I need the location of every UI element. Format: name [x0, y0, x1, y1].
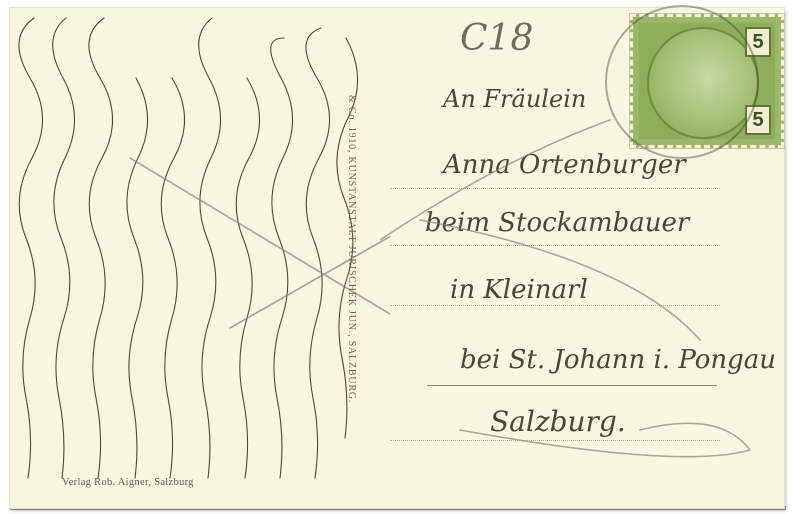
message-area	[10, 8, 390, 508]
publisher-imprint: Verlag Rob. Aigner, Salzburg	[62, 477, 194, 488]
postage-due-mark: C18	[460, 18, 533, 59]
pencil-strike-lines	[380, 100, 770, 480]
postmark-cancel	[605, 5, 759, 159]
printer-imprint: & Co. 1910, KUNSTANSTALT JURISCHEK JUN.,…	[346, 95, 357, 403]
handwritten-message	[10, 8, 390, 508]
